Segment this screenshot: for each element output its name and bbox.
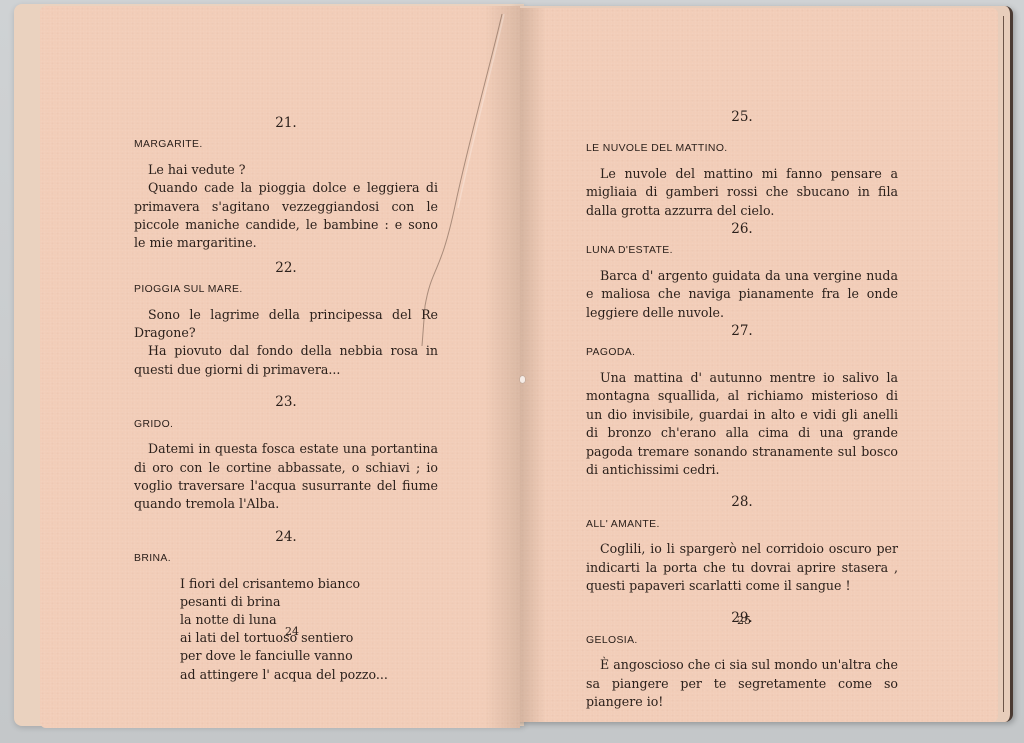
verse-line: I fiori del crisantemo bianco <box>180 575 438 593</box>
paragraph: Le hai vedute ? <box>134 161 438 179</box>
section-25: 25. LE NUVOLE DEL MATTINO. Le nuvole del… <box>586 108 898 220</box>
paragraph: Una mattina d' autunno mentre io salivo … <box>586 369 898 479</box>
right-page: 25. LE NUVOLE DEL MATTINO. Le nuvole del… <box>520 8 998 722</box>
section-27: 27. PAGODA. Una mattina d' autunno mentr… <box>586 322 898 479</box>
section-21: 21. MARGARITE. Le hai vedute ? Quando ca… <box>134 114 438 253</box>
section-22: 22. PIOGGIA SUL MARE. Sono le lagrime de… <box>134 259 438 379</box>
binding-staple <box>520 376 525 383</box>
verse-line: ad attingere l' acqua del pozzo... <box>180 666 438 684</box>
section-24: 24. BRINA. I fiori del crisantemo bianco… <box>134 528 438 684</box>
section-number: 26. <box>586 220 898 238</box>
section-title: MARGARITE. <box>134 136 438 154</box>
paragraph: Coglili, io li spargerò nel corridoio os… <box>586 540 898 595</box>
left-page: 21. MARGARITE. Le hai vedute ? Quando ca… <box>40 6 520 728</box>
section-number: 27. <box>586 322 898 340</box>
paragraph: Quando cade la pioggia dolce e leggiera … <box>134 179 438 253</box>
section-title: ALL' AMANTE. <box>586 516 898 534</box>
section-23: 23. GRIDO. Datemi in questa fosca estate… <box>134 393 438 513</box>
section-title: PIOGGIA SUL MARE. <box>134 281 438 299</box>
section-title: GELOSIA. <box>586 632 898 650</box>
page-number: 25 <box>724 614 764 627</box>
page-edge-line <box>1003 16 1004 712</box>
paragraph: Le nuvole del mattino mi fanno pensare a… <box>586 165 898 220</box>
section-title: LE NUVOLE DEL MATTINO. <box>586 140 898 158</box>
section-number: 24. <box>134 528 438 546</box>
gutter-shadow <box>520 8 546 722</box>
paragraph: Datemi in questa fosca estate una portan… <box>134 440 438 514</box>
section-28: 28. ALL' AMANTE. Coglili, io li spargerò… <box>586 493 898 595</box>
section-26: 26. LUNA D'ESTATE. Barca d' argento guid… <box>586 220 898 322</box>
paragraph: Ha piovuto dal fondo della nebbia rosa i… <box>134 342 438 379</box>
section-title: PAGODA. <box>586 344 898 362</box>
page-number: 24 <box>272 625 312 638</box>
section-number: 25. <box>586 108 898 126</box>
section-title: GRIDO. <box>134 416 438 434</box>
paragraph: Barca d' argento guidata da una vergine … <box>586 267 898 322</box>
section-title: LUNA D'ESTATE. <box>586 242 898 260</box>
section-number: 21. <box>134 114 438 132</box>
section-number: 22. <box>134 259 438 277</box>
paragraph: Sono le lagrime della principessa del Re… <box>134 306 438 343</box>
paragraph: È angoscioso che ci sia sul mondo un'alt… <box>586 656 898 711</box>
gutter-shadow <box>484 6 520 728</box>
section-number: 28. <box>586 493 898 511</box>
verse-line: per dove le fanciulle vanno <box>180 647 438 665</box>
left-page-text: 21. MARGARITE. Le hai vedute ? Quando ca… <box>134 114 438 684</box>
section-number: 23. <box>134 393 438 411</box>
verse-line: pesanti di brina <box>180 593 438 611</box>
section-title: BRINA. <box>134 550 438 568</box>
